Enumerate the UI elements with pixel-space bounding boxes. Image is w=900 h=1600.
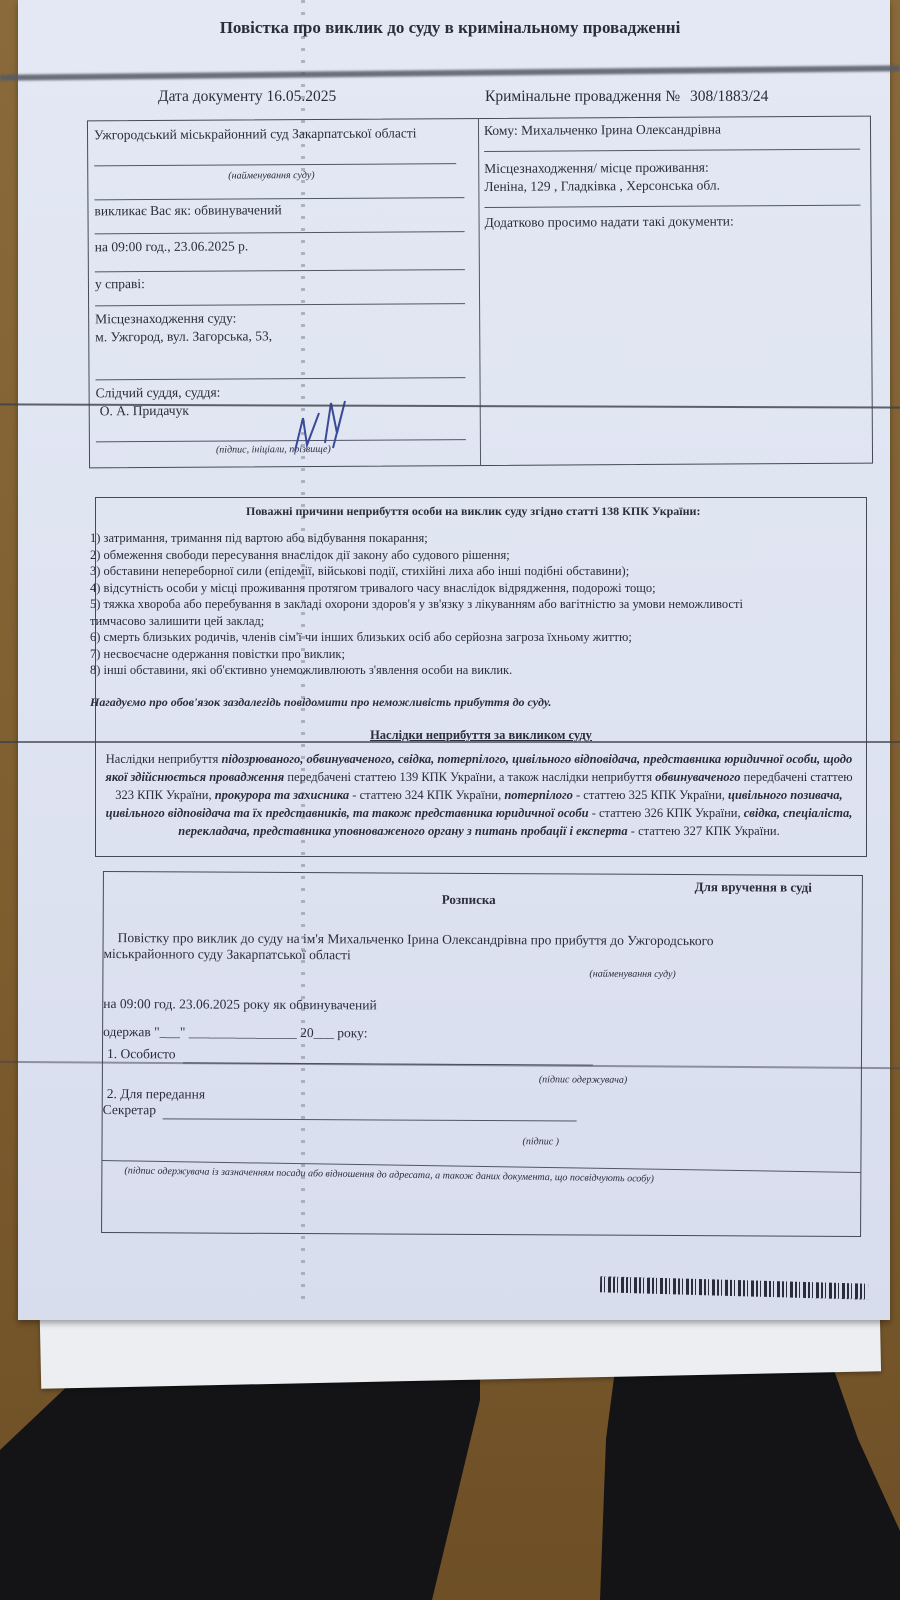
consequence-segment: - статтею 325 КПК України,	[573, 788, 728, 802]
court-caption: (найменування суду)	[228, 170, 314, 182]
recipient-address-label: Місцезнаходження/ місце проживання:	[484, 160, 709, 177]
receipt-court-caption: (найменування суду)	[589, 969, 675, 980]
case-number: 308/1883/24	[690, 88, 768, 105]
reason-item: 1) затримання, тримання під вартою або в…	[90, 530, 743, 547]
for-court-label: Для вручення в суді	[695, 879, 812, 896]
consequence-segment: - статтею 327 КПК України.	[628, 824, 780, 838]
consequence-segment: - статтею 324 КПК України,	[349, 788, 504, 802]
recipient-address: Леніна, 129 , Гладківка , Херсонська обл…	[484, 178, 720, 195]
rule	[96, 439, 466, 442]
document-date: Дата документу 16.05.2025	[158, 88, 336, 106]
received-line[interactable]: одержав "___" ________________ 20___ рок…	[103, 1024, 367, 1041]
reasons-box: Поважні причини неприбуття особи на викл…	[95, 497, 867, 857]
judge-signature	[285, 393, 365, 455]
reason-item: 3) обставини непереборної сили (епідемії…	[90, 563, 743, 580]
summons-details-box: Ужгородський міськрайонний суд Закарпатс…	[87, 116, 873, 469]
reasons-heading: Поважні причини неприбуття особи на викл…	[246, 504, 700, 519]
court-address: м. Ужгород, вул. Загорська, 53,	[95, 328, 272, 345]
reason-item: 2) обмеження свободи пересування внаслід…	[90, 547, 743, 564]
reason-item: 5) тяжка хвороба або перебування в закла…	[90, 596, 743, 613]
reasons-list: 1) затримання, тримання під вартою або в…	[90, 530, 743, 679]
receipt-title: Розписка	[442, 892, 496, 908]
rule	[484, 205, 860, 208]
secretary-label: Секретар	[103, 1102, 156, 1118]
rule	[94, 197, 464, 200]
reason-item: тимчасово залишити цей заклад;	[90, 613, 743, 630]
consequence-segment: передбачені статтею 139 КПК України, а т…	[284, 770, 655, 784]
personally-label: 1. Особисто	[107, 1046, 176, 1062]
recipient-name: Кому: Михальченко Ірина Олександрівна	[484, 122, 721, 139]
recipient-caption: (підпис одержувача)	[539, 1074, 627, 1085]
rule	[96, 377, 466, 380]
printer-smear	[0, 741, 900, 743]
reminder: Нагадуємо про обов'язок заздалегідь пові…	[90, 695, 551, 710]
reason-item: 7) несвоєчасне одержання повістки про ви…	[90, 646, 743, 663]
case-ref-label: у справі:	[95, 276, 145, 292]
rule	[484, 149, 860, 152]
secretary-caption: (підпис )	[523, 1136, 559, 1147]
rule	[95, 269, 465, 272]
receipt-line3: на 09:00 год. 23.06.2025 року як обвинув…	[103, 996, 377, 1013]
consequence-segment: - статтею 326 КПК України,	[589, 806, 744, 820]
court-name: Ужгородський міськрайонний суд Закарпатс…	[94, 125, 417, 143]
consequence-segment: прокурора та захисника	[215, 788, 349, 802]
judge-label: Слідчий суддя, суддя:	[96, 385, 221, 402]
receipt-line2: міськрайонного суду Закарпатської област…	[103, 946, 350, 963]
case-label: Кримінальне провадження №	[485, 88, 680, 105]
for-transfer-label: 2. Для передання	[107, 1086, 205, 1103]
court-location-label: Місцезнаходження суду:	[95, 310, 236, 327]
column-divider	[478, 119, 481, 465]
hearing-datetime: на 09:00 год., 23.06.2025 р.	[95, 238, 249, 255]
rule	[94, 163, 456, 166]
documents-label: Додатково просимо надати такі документи:	[485, 213, 734, 231]
consequence-segment: Наслідки неприбуття	[106, 752, 222, 766]
rule	[95, 303, 465, 306]
rule	[95, 231, 465, 234]
consequence-segment: потерпілого	[504, 788, 573, 802]
consequence-segment: обвинуваченого	[655, 770, 740, 784]
consequences-text: Наслідки неприбуття підозрюваного, обвин…	[104, 750, 854, 840]
reason-item: 8) інші обставини, які об'єктивно унемож…	[90, 662, 743, 679]
receipt-box: Для вручення в суді Розписка Повістку пр…	[101, 871, 863, 1237]
case-number-line: Кримінальне провадження № 308/1883/24	[485, 88, 768, 106]
summoned-as: викликає Вас як: обвинувачений	[94, 202, 281, 219]
secretary-signature-field[interactable]	[163, 1118, 577, 1121]
reason-item: 4) відсутність особи у місці проживання …	[90, 580, 743, 597]
reason-item: 6) смерть близьких родичів, членів сім'ї…	[90, 629, 743, 646]
document-title: Повістка про виклик до суду в кримінальн…	[0, 18, 900, 38]
